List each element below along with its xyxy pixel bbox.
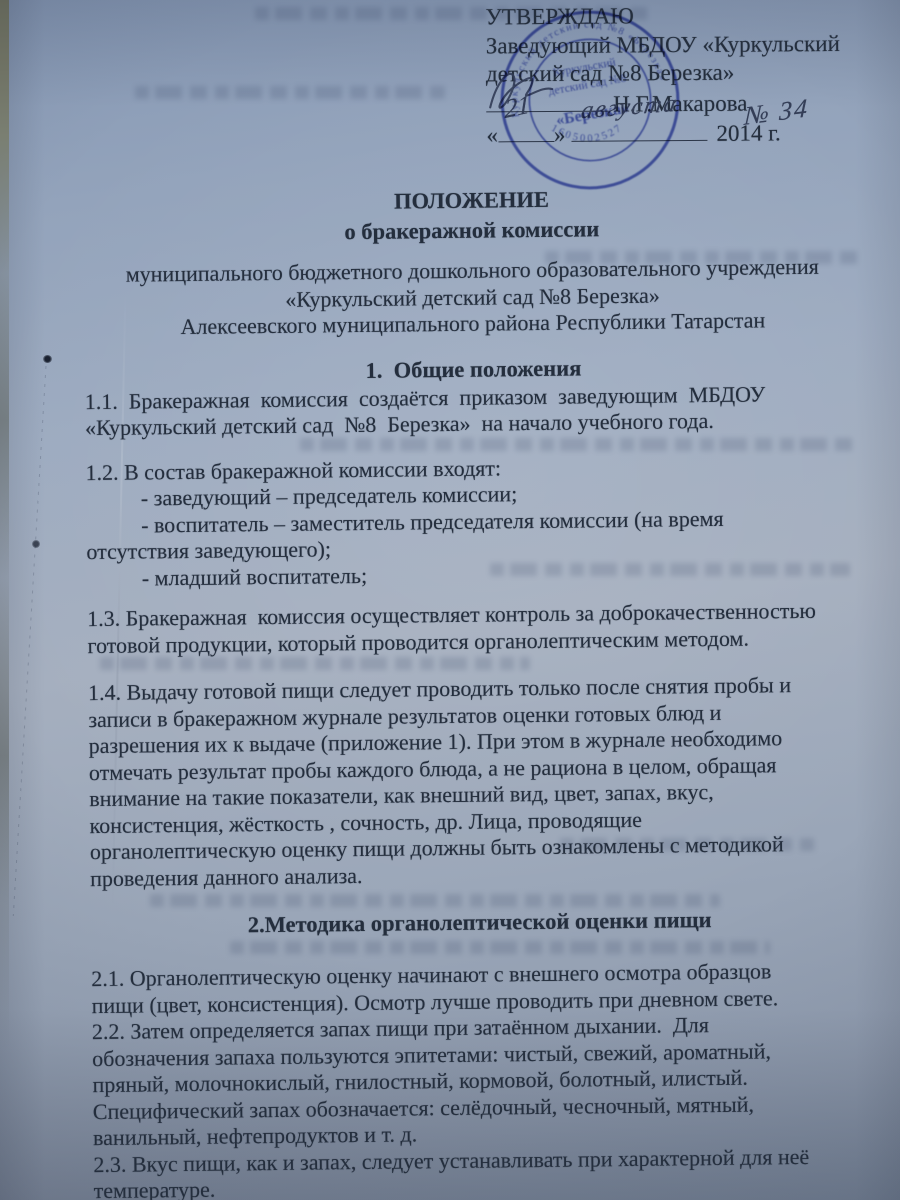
organization-block: муниципального бюджетного дошкольного об… <box>83 253 862 341</box>
paragraph-1-3: 1.3. Бракеражная комиссия осуществляет к… <box>87 597 866 659</box>
paragraph-2-2: 2.2. Затем определяется запах пищи при з… <box>92 1010 871 1151</box>
official-round-stamp: Куркульский детский сад №8 «Березка» 160… <box>479 0 701 211</box>
paragraph-1-1: 1.1. Бракеражная комиссия создаётся прик… <box>85 380 864 442</box>
paragraph-1-2: 1.2. В состав бракеражной комиссии входя… <box>85 451 864 592</box>
section-2-heading: 2.Методика органолептической оценки пищи <box>91 903 869 942</box>
stamp-inner-ring <box>520 30 660 170</box>
bleed-through-text <box>135 86 445 99</box>
paragraph-1-4: 1.4. Выдачу готовой пищи следует проводи… <box>88 671 868 892</box>
document-body: ПОЛОЖЕНИЕ о бракеражной комиссии муницип… <box>0 181 900 1200</box>
paragraph-2-1: 2.1. Органолептическую оценку начинают с… <box>91 957 870 1019</box>
paragraph-2-3: 2.3. Вкус пищи, как и запах, следует уст… <box>93 1143 872 1200</box>
document-photo: УТВЕРЖДАЮ Заведующий МБДОУ «Куркульский … <box>0 0 900 1200</box>
